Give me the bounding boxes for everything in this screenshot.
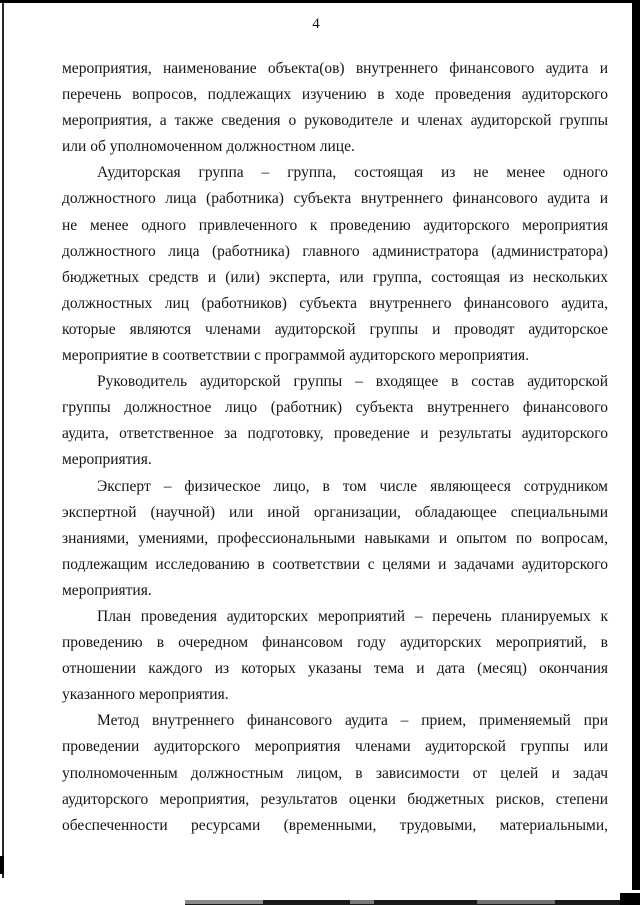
text-line: Метод внутреннего финансового аудита – п… bbox=[62, 708, 608, 734]
scan-border-left-mark bbox=[0, 856, 4, 874]
text-line: знаниями, умениями, профессиональными на… bbox=[62, 526, 608, 552]
scan-border-top bbox=[0, 0, 640, 3]
text-block: мероприятия, наименование объекта(ов) вн… bbox=[62, 56, 608, 839]
text-line: экспертной (научной) или иной организаци… bbox=[62, 500, 608, 526]
text-line: Эксперт – физическое лицо, в том числе я… bbox=[62, 474, 608, 500]
text-line: проведению в очередном финансовом году а… bbox=[62, 630, 608, 656]
scan-border-bottom-corner bbox=[620, 893, 640, 905]
text-line: которые являются членами аудиторской гру… bbox=[62, 317, 608, 343]
text-line: мероприятия, а также сведения о руководи… bbox=[62, 108, 608, 134]
text-line: мероприятия. bbox=[62, 447, 608, 473]
text-line: аудита, ответственное за подготовку, про… bbox=[62, 421, 608, 447]
text-line: План проведения аудиторских мероприятий … bbox=[62, 604, 608, 630]
text-line: бюджетных средств и (или) эксперта, или … bbox=[62, 265, 608, 291]
text-line: должностного лица (работника) главного а… bbox=[62, 239, 608, 265]
scan-border-left bbox=[2, 0, 4, 878]
text-line: мероприятия. bbox=[62, 578, 608, 604]
text-line: мероприятие в соответствии с программой … bbox=[62, 343, 608, 369]
text-line: указанного мероприятия. bbox=[62, 682, 608, 708]
text-line: Руководитель аудиторской группы – входящ… bbox=[62, 369, 608, 395]
page-number: 4 bbox=[0, 15, 632, 33]
text-line: не менее одного привлеченного к проведен… bbox=[62, 213, 608, 239]
scan-border-bottom-segment bbox=[185, 900, 263, 904]
document-page: 4 мероприятия, наименование объекта(ов) … bbox=[0, 0, 640, 905]
scan-border-bottom-segment bbox=[477, 900, 555, 904]
text-line: отношении каждого из которых указаны тем… bbox=[62, 656, 608, 682]
scan-border-right bbox=[632, 0, 640, 890]
text-line: должностного лица (работника) субъекта в… bbox=[62, 186, 608, 212]
text-line: мероприятия, наименование объекта(ов) вн… bbox=[62, 56, 608, 82]
text-line: подлежащим исследованию в соответствии с… bbox=[62, 552, 608, 578]
text-line: группы должностное лицо (работник) субъе… bbox=[62, 395, 608, 421]
text-line: аудиторского мероприятия, результатов оц… bbox=[62, 787, 608, 813]
scan-border-bottom-segment bbox=[350, 900, 374, 904]
text-line: Аудиторская группа – группа, состоящая и… bbox=[62, 160, 608, 186]
text-line: уполномоченным должностным лицом, в зави… bbox=[62, 761, 608, 787]
text-line: перечень вопросов, подлежащих изучению в… bbox=[62, 82, 608, 108]
text-line: должностных лиц (работников) субъекта вн… bbox=[62, 291, 608, 317]
text-line: или об уполномоченном должностном лице. bbox=[62, 134, 608, 160]
text-line: обеспеченности ресурсами (временными, тр… bbox=[62, 813, 608, 839]
text-line: проведении аудиторского мероприятия член… bbox=[62, 734, 608, 760]
